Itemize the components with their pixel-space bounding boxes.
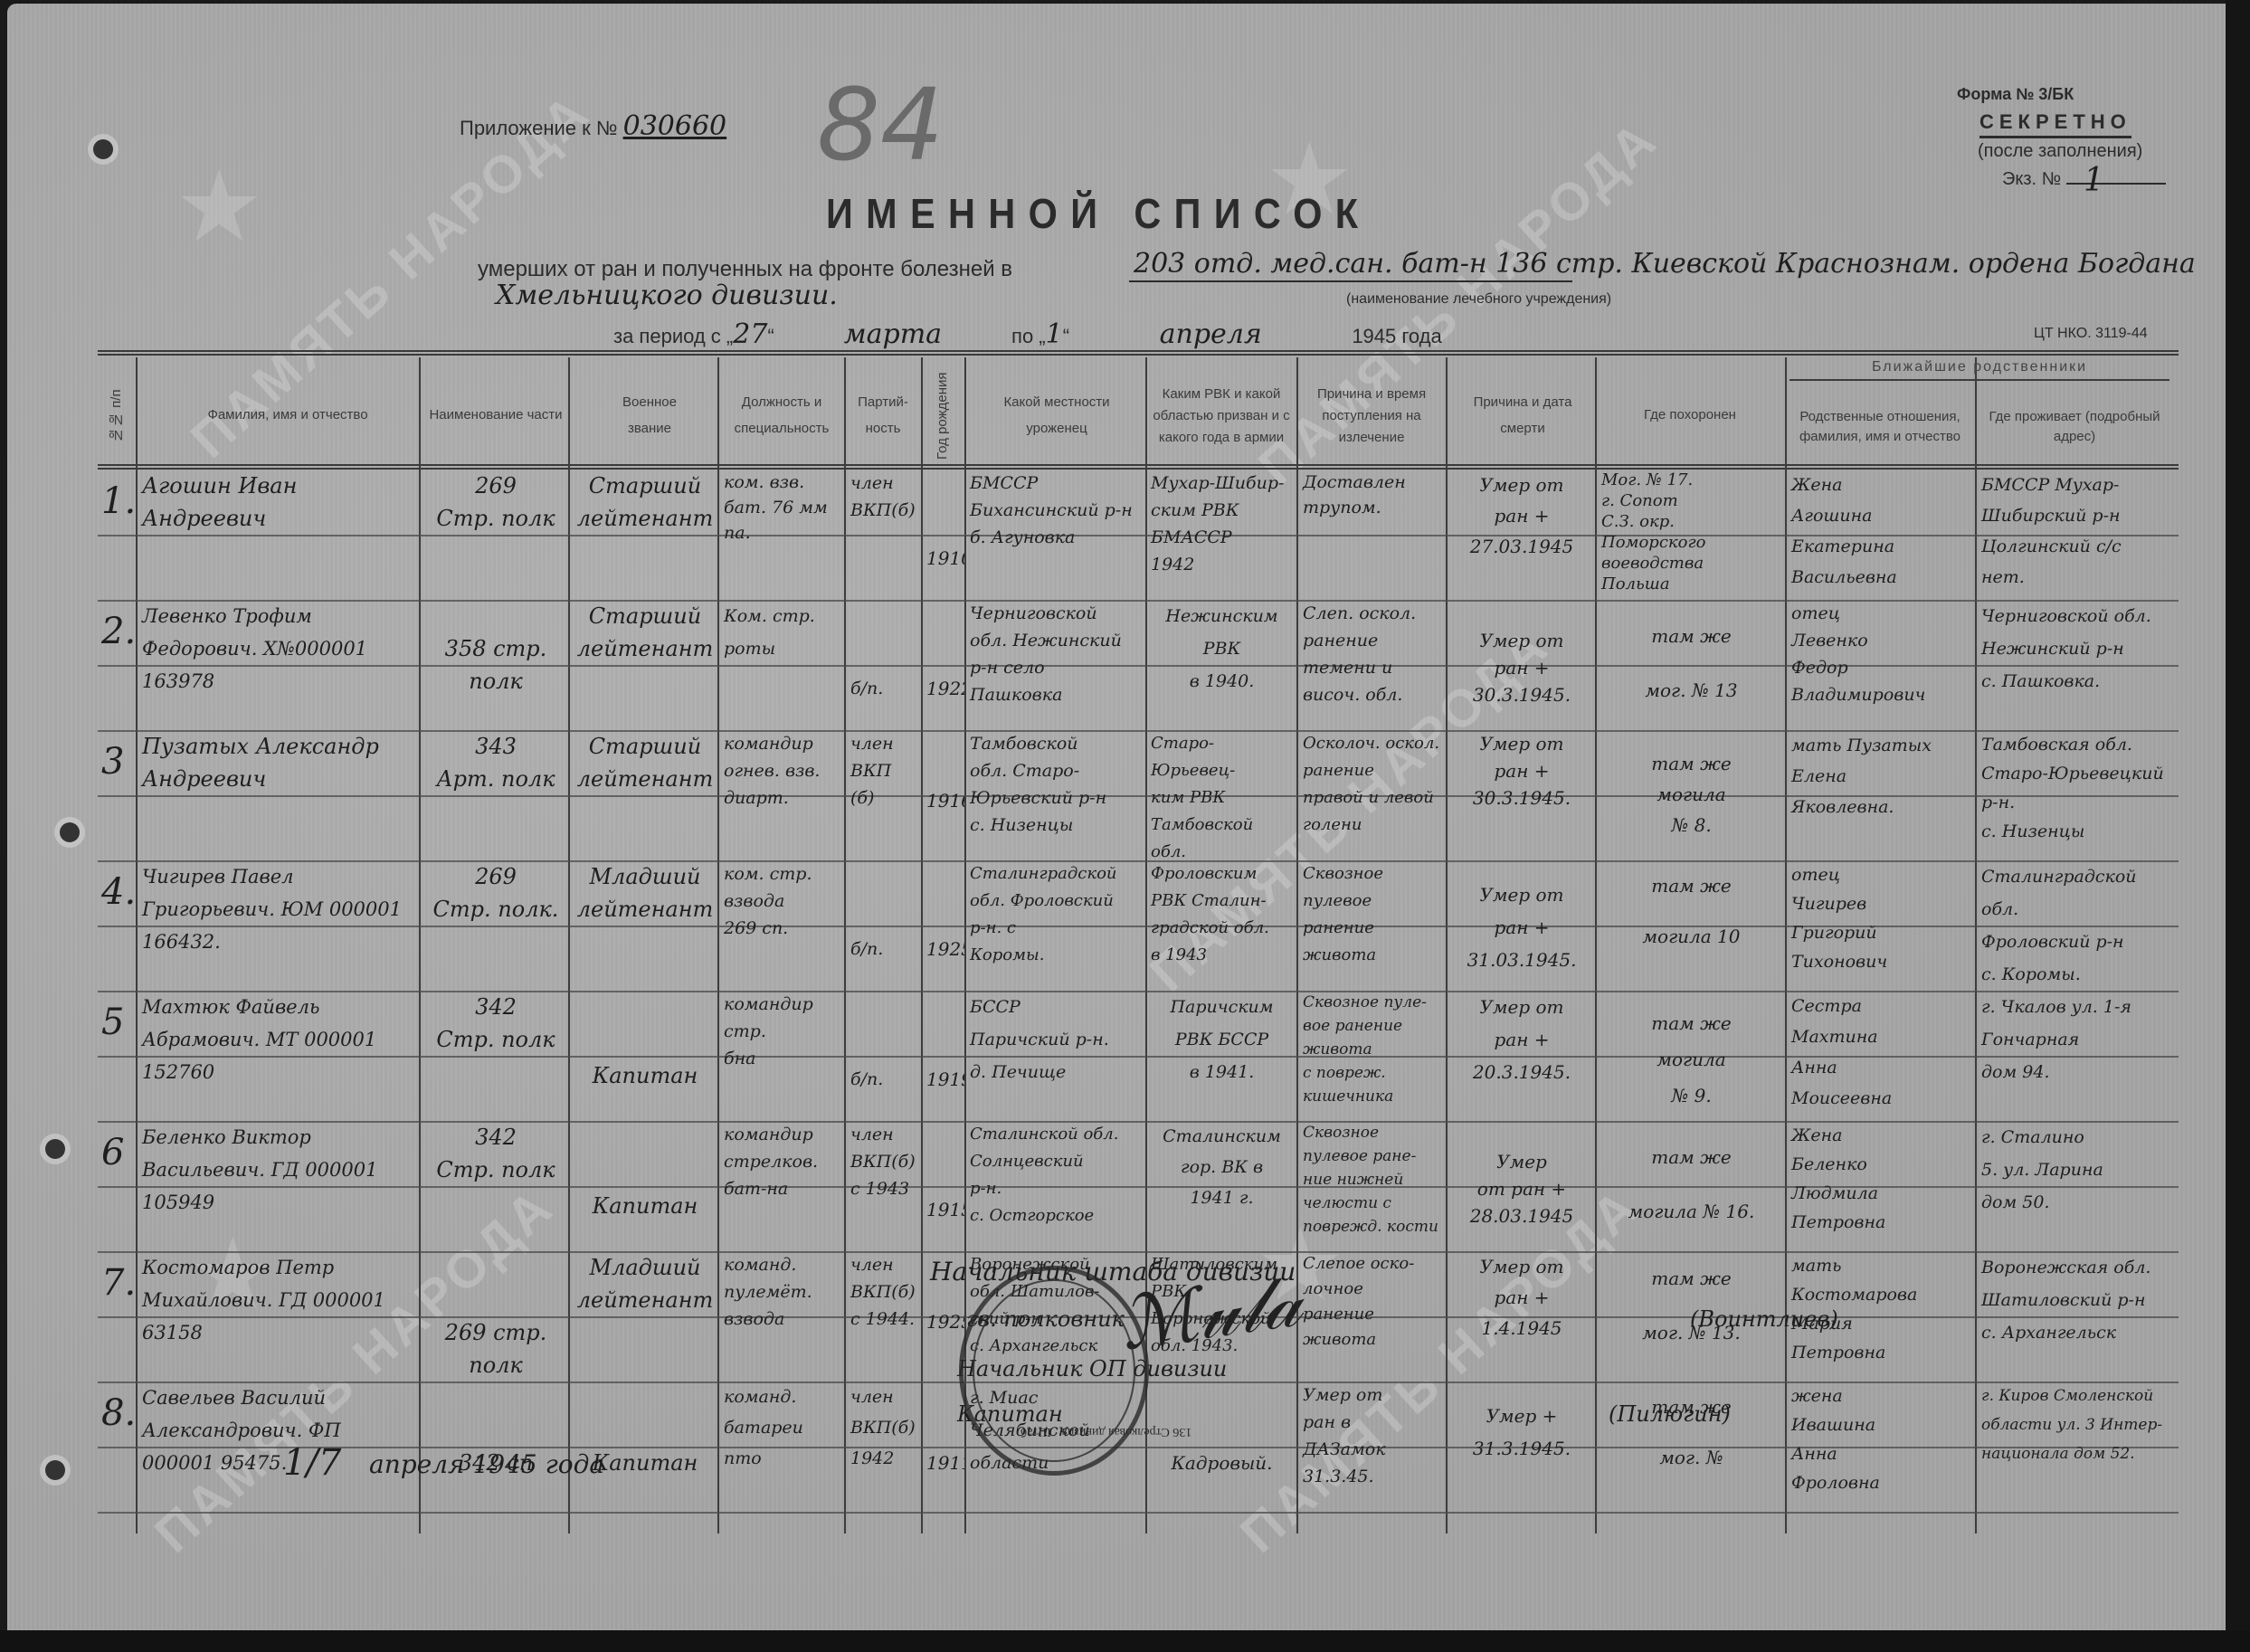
cell-rank: Старший лейтенант	[573, 730, 717, 860]
watermark-star-icon: ★	[175, 148, 264, 265]
cell-admission: Сквозное пуле- вое ранение живота с повр…	[1299, 991, 1446, 1121]
punch-hole	[60, 822, 80, 842]
cell-relation: мать Пузатых Елена Яковлевна.	[1788, 730, 1975, 860]
cell-rvk: Мухар-Шибир- ским РВК БМАССР 1942	[1147, 470, 1296, 600]
header-party: Партий-ность	[847, 368, 919, 463]
header-unit: Наименование части	[428, 368, 564, 463]
row-number: 8.	[98, 1381, 136, 1512]
scan-border-right	[2226, 0, 2250, 1652]
cell-rvk: Фроловским РВК Сталин- градской обл. в 1…	[1147, 860, 1296, 991]
cell-rank: Капитан	[573, 991, 717, 1121]
cell-name: Беленко Виктор Васильевич. ГД 000001 105…	[138, 1121, 419, 1251]
cell-rvk: Нежинским РВК в 1940.	[1147, 600, 1296, 730]
attachment-number: 030660	[623, 110, 727, 142]
cell-name: Махтюк Файвель Абрамович. МТ 000001 1527…	[138, 991, 419, 1121]
period-prefix: за период с	[613, 325, 721, 347]
cell-burial: там же мог. № 13	[1598, 600, 1785, 730]
period-year: 1945	[1352, 325, 1396, 347]
header-relation: Родственные отношения, фамилия, имя и от…	[1790, 391, 1970, 463]
header-birth-year: Год рождения	[923, 368, 963, 463]
cell-rank: Капитан	[573, 1121, 717, 1251]
cell-party: б/п.	[847, 860, 921, 991]
cell-position: Ком. стр. роты	[720, 600, 843, 730]
header-admission: Причина и время поступления на излечение	[1301, 368, 1442, 463]
header-address: Где проживает (подробный адрес)	[1984, 391, 2165, 463]
cell-rvk: Кадровый.	[1147, 1381, 1296, 1512]
row-number: 5	[98, 991, 136, 1121]
row-number: 2.	[98, 600, 136, 730]
cell-birthplace: Черниговской обл. Нежинский р-н село Паш…	[966, 600, 1145, 730]
page-number: 84	[817, 67, 944, 183]
cell-party: член ВКП(б) 1942	[847, 1381, 921, 1512]
form-number: Форма № 3/БК	[1957, 85, 2074, 104]
facility-name: 203 отд. мед.сан. бат-н 136 стр. Киевско…	[1134, 248, 2196, 280]
period-to-label: по	[1011, 325, 1033, 347]
cell-address: Воронежская обл. Шатиловский р-н с. Арха…	[1978, 1251, 2179, 1381]
cell-name: Савельев Василий Александрович. ФП 00000…	[138, 1381, 419, 1512]
cell-unit: 269 Стр. полк.	[423, 860, 568, 991]
secrecy-note: (после заполнения)	[1978, 141, 2142, 162]
cell-relation: Сестра Махтина Анна Моисеевна	[1788, 991, 1975, 1121]
document-sheet: ★ ★ ★ ★ ПАМЯТЬ НАРОДА ПАМЯТЬ НАРОДА ПАМЯ…	[7, 4, 2244, 1630]
row-number: 6	[98, 1121, 136, 1251]
cell-unit: 342 сп	[423, 1381, 568, 1512]
reporting-period: за период с „27“ марта по „1“ апреля 194…	[613, 318, 1442, 352]
row-number: 3	[98, 730, 136, 860]
cell-name: Чигирев Павел Григорьевич. ЮМ 000001 166…	[138, 860, 419, 991]
row-number: 7.	[98, 1251, 136, 1381]
header-rvk: Каким РВК и какой областью призван и с к…	[1149, 368, 1294, 463]
cell-rank: Капитан	[573, 1381, 717, 1512]
scan-border-bottom	[0, 1630, 2250, 1652]
cell-birthplace: БССР Паричский р-н. д. Печище	[966, 991, 1145, 1121]
row-number: 1.	[98, 470, 136, 600]
punch-hole	[45, 1460, 65, 1480]
header-birthplace: Какой местности уроженец	[984, 368, 1129, 463]
cell-name: Агошин Иван Андреевич	[138, 470, 419, 600]
facility-underline	[1129, 280, 1572, 282]
cell-name: Костомаров Петр Михайлович. ГД 000001 63…	[138, 1251, 419, 1381]
row-number: 4.	[98, 860, 136, 991]
copy-label: Экз. №	[2002, 169, 2061, 189]
cell-death: Умер от ран + 20.3.1945.	[1448, 991, 1595, 1121]
cell-position: командир стр. бна	[720, 991, 843, 1121]
cell-rank: Младший лейтенант	[573, 1251, 717, 1381]
cell-burial: там же могила № 9.	[1598, 991, 1785, 1121]
secrecy-stamp: СЕКРЕТНО	[1979, 110, 2131, 138]
cell-birth-year: 1919.	[923, 991, 964, 1121]
cell-position: ком. стр. взвода 269 сп.	[720, 860, 843, 991]
cell-rank: Старший лейтенант	[573, 470, 717, 600]
cell-party: член ВКП(б) с 1944.	[847, 1251, 921, 1381]
period-suffix: года	[1401, 325, 1441, 347]
cell-position: ком. взв. бат. 76 мм па.	[720, 470, 843, 600]
table-row: 6 Беленко Виктор Васильевич. ГД 000001 1…	[98, 1121, 2179, 1251]
seal-text: 136 Стрелковая дивизия · Штаб	[1021, 1424, 1191, 1438]
cell-unit: 343 Арт. полк	[423, 730, 568, 860]
cell-relation: Жена Беленко Людмила Петровна	[1788, 1121, 1975, 1251]
cell-burial: там же могила 10	[1598, 860, 1785, 991]
cell-death: Умер от ран + 28.03.1945	[1448, 1121, 1595, 1251]
cell-unit: 358 стр. полк	[423, 600, 568, 730]
copy-number: 1	[2084, 162, 2104, 199]
cell-name: Пузатых Александр Андреевич	[138, 730, 419, 860]
cell-position: командир стрелков. бат-на	[720, 1121, 843, 1251]
attachment-label: Приложение к №	[460, 117, 618, 139]
punch-hole	[45, 1139, 65, 1159]
header-rank: Военное звание	[604, 368, 695, 463]
cell-position: команд. пулемёт. взвода	[720, 1251, 843, 1381]
cell-birth-year: 1916	[923, 730, 964, 860]
cell-address: Тамбовская обл. Старо-Юрьевецкий р-н. с.…	[1978, 730, 2179, 860]
punch-hole	[93, 139, 113, 159]
cell-address: Черниговской обл. Нежинский р-н с. Пашко…	[1978, 600, 2179, 730]
cell-birthplace: Тамбовской обл. Старо- Юрьевский р-н с. …	[966, 730, 1145, 860]
date-text: апреля 1945 года	[369, 1449, 604, 1479]
cell-rvk: Сталинским гор. ВК в 1941 г.	[1147, 1121, 1296, 1251]
cell-name: Левенко Трофим Федорович. Х№000001 16397…	[138, 600, 419, 730]
header-name: Фамилия, имя и отчество	[188, 368, 387, 463]
header-death: Причина и дата смерти	[1464, 368, 1581, 463]
cell-birth-year: 1925.	[923, 860, 964, 991]
cell-relation: Жена Агошина Екатерина Васильевна	[1788, 470, 1975, 600]
cell-burial: там же могила № 16.	[1598, 1121, 1785, 1251]
chief-of-staff-name: (Воинтлиев)	[1690, 1306, 1838, 1332]
copy-number-field: Экз. № 1	[2002, 169, 2166, 190]
cell-death: Умер от ран + 30.3.1945.	[1448, 600, 1595, 730]
cell-unit: 342 Стр. полк	[423, 991, 568, 1121]
date-day: 1/7	[283, 1442, 341, 1484]
cell-address: Сталинградской обл. Фроловский р-н с. Ко…	[1978, 860, 2179, 991]
cell-address: БМССР Мухар- Шибирский р-н Цолгинский с/…	[1978, 470, 2179, 600]
cell-admission: Сквозное пулевое ране- ние нижней челюст…	[1299, 1121, 1446, 1251]
cell-unit: 342 Стр. полк	[423, 1121, 568, 1251]
cell-position: команд. батареи пто	[720, 1381, 843, 1512]
cell-birth-year: 1910	[923, 470, 964, 600]
cell-relation: отец Чигирев Григорий Тихонович	[1788, 860, 1975, 991]
cell-admission: Сквозное пулевое ранение живота	[1299, 860, 1446, 991]
cell-party: б/п.	[847, 600, 921, 730]
cell-admission: Слепое оско- лочное ранение живота	[1299, 1251, 1446, 1381]
cell-rank: Младший лейтенант	[573, 860, 717, 991]
operations-chief-name: (Пилюгин)	[1609, 1401, 1731, 1427]
period-to-day: 1	[1046, 318, 1063, 350]
table-top-rule	[98, 350, 2179, 356]
cell-address: г. Чкалов ул. 1-я Гончарная дом 94.	[1978, 991, 2179, 1121]
cell-birth-year: 1922	[923, 600, 964, 730]
cell-address: г. Сталино 5. ул. Ларина дом 50.	[1978, 1121, 2179, 1251]
cell-position: командир огнев. взв. диарт.	[720, 730, 843, 860]
table-row: 2. Левенко Трофим Федорович. Х№000001 16…	[98, 600, 2179, 730]
cell-birthplace: Сталинградской обл. Фроловский р-н. с Ко…	[966, 860, 1145, 991]
table-row: 4. Чигирев Павел Григорьевич. ЮМ 000001 …	[98, 860, 2179, 991]
cell-burial: Мог. № 17. г. Сопот С.З. окр. Поморского…	[1598, 470, 1785, 600]
cell-party: б/п.	[847, 991, 921, 1121]
facility-caption: (наименование лечебного учреждения)	[1346, 291, 1611, 308]
cell-party: член ВКП (б)	[847, 730, 921, 860]
cell-death: Умер от ран + 1.4.1945	[1448, 1251, 1595, 1381]
attachment-reference: Приложение к № 030660	[460, 110, 726, 142]
document-title: ИМЕННОЙ СПИСОК	[826, 189, 1371, 238]
printer-mark: ЦТ НКО. 3119-44	[2034, 326, 2148, 342]
cell-party: член ВКП(б) с 1943	[847, 1121, 921, 1251]
table-row: 1. Агошин Иван Андреевич 269 Стр. полк С…	[98, 470, 2179, 600]
period-from-month: марта	[780, 318, 1006, 352]
facility-name-cont: Хмельницкого дивизии.	[496, 280, 838, 311]
cell-admission: Слеп. оскол. ранение темени и височ. обл…	[1299, 600, 1446, 730]
cell-death: Умер от ран + 30.3.1945.	[1448, 730, 1595, 860]
cell-address: г. Киров Смоленской области ул. 3 Интер-…	[1978, 1381, 2179, 1512]
cell-birthplace: Сталинской обл. Солнцевский р-н. с. Остг…	[966, 1121, 1145, 1251]
cell-death: Умер от ран + 31.03.1945.	[1448, 860, 1595, 991]
header-position: Должность и специальность	[720, 368, 843, 463]
cell-unit: 269 стр. полк	[423, 1251, 568, 1381]
cell-admission: Доставлен трупом.	[1299, 470, 1446, 600]
period-from-day: 27	[733, 318, 767, 350]
cell-unit: 269 Стр. полк	[423, 470, 568, 600]
cell-burial: там же могила № 8.	[1598, 730, 1785, 860]
cell-birth-year: 1915	[923, 1121, 964, 1251]
period-to-month: апреля	[1075, 318, 1346, 352]
cell-death: Умер от ран + 27.03.1945	[1448, 470, 1595, 600]
table-row: 5 Махтюк Файвель Абрамович. МТ 000001 15…	[98, 991, 2179, 1121]
cell-birthplace: БМССР Бихансинский р-н б. Агуновка	[966, 470, 1145, 600]
cell-party: член ВКП(б)	[847, 470, 921, 600]
header-burial: Где похоронен	[1600, 368, 1780, 463]
cell-rank: Старший лейтенант	[573, 600, 717, 730]
header-num: №№ п/п	[98, 368, 136, 463]
table-row: 3 Пузатых Александр Андреевич 343 Арт. п…	[98, 730, 2179, 860]
cell-rvk: Старо-Юрьевец- ким РВК Тамбовской обл. 1…	[1147, 730, 1296, 860]
official-seal	[959, 1266, 1149, 1476]
cell-relation: жена Ивашина Анна Фроловна	[1788, 1381, 1975, 1512]
header-relatives-group: Ближайшие родственники	[1790, 359, 2169, 381]
cell-relation: отец Левенко Федор Владимирович	[1788, 600, 1975, 730]
cell-admission: Осколоч. оскол. ранение правой и левой г…	[1299, 730, 1446, 860]
cell-admission: Умер от ран в ДАЗамок 31.3.45.	[1299, 1381, 1446, 1512]
cell-rvk: Паричским РВК БССР в 1941.	[1147, 991, 1296, 1121]
subtitle: умерших от ран и полученных на фронте бо…	[478, 257, 1012, 282]
cell-death: Умер + 31.3.1945.	[1448, 1381, 1595, 1512]
